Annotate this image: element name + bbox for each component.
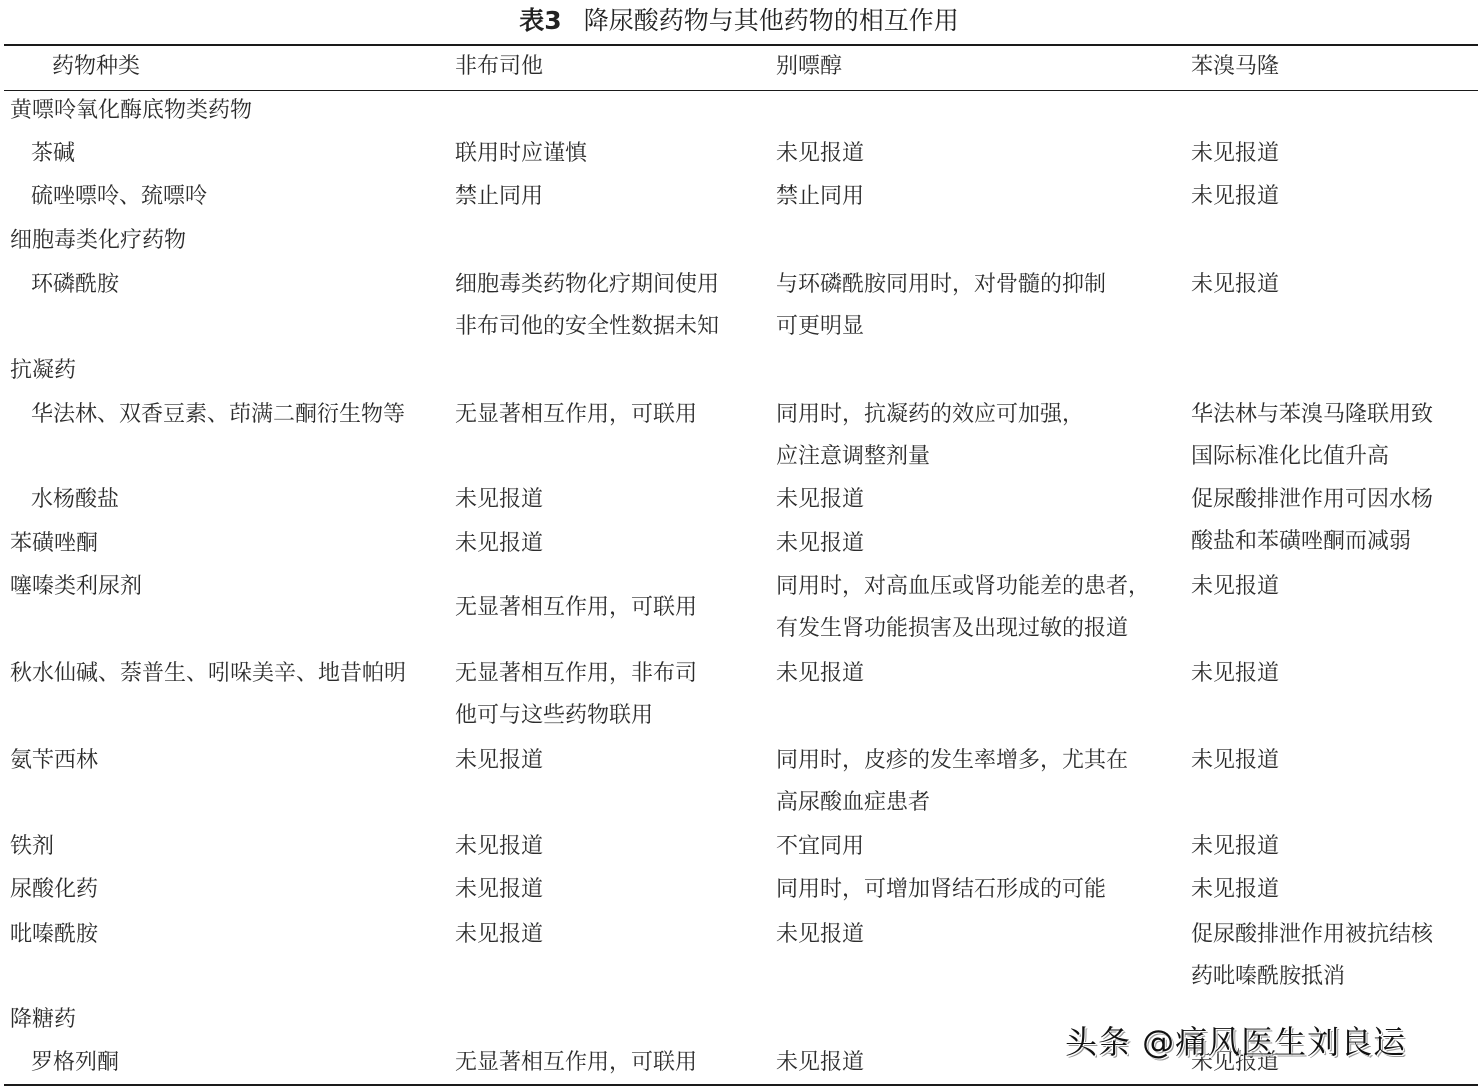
watermark: 头条 @痛风医生刘良运 [1065,1018,1406,1066]
top-rule [4,44,1478,46]
interaction-cell: 未见报道 [455,827,543,867]
interaction-cell: 同用时，皮疹的发生率增多，尤其在 [776,741,1128,781]
interaction-cell: 未见报道 [1191,134,1279,174]
interaction-cell: 与环磷酰胺同用时，对骨髓的抑制 [776,265,1106,305]
interaction-cell: 未见报道 [1191,177,1279,217]
interaction-cell: 未见报道 [776,134,864,174]
interaction-cell: 禁止同用 [776,177,864,217]
drug-class-cell: 华法林、双香豆素、茚满二酮衍生物等 [31,395,405,435]
drug-class-cell: 茶碱 [31,134,75,174]
interaction-cell-continued: 他可与这些药物联用 [455,696,653,736]
drug-class-cell: 硫唑嘌呤、巯嘌呤 [31,177,207,217]
interaction-cell: 未见报道 [455,870,543,910]
drug-class-cell: 噻嗪类利尿剂 [10,567,142,607]
interaction-cell: 无显著相互作用，可联用 [455,395,697,435]
interaction-cell: 促尿酸排泄作用被抗结核 [1191,915,1433,955]
drug-class-cell: 氨苄西林 [10,741,98,781]
interaction-cell: 未见报道 [1191,567,1279,607]
interaction-cell: 未见报道 [776,480,864,520]
interaction-cell: 无显著相互作用，可联用 [455,588,697,628]
interaction-cell: 未见报道 [776,524,864,564]
drug-class-cell: 黄嘌呤氧化酶底物类药物 [10,91,252,131]
table-number: 表3 [519,6,561,35]
interaction-cell: 华法林与苯溴马隆联用致 [1191,395,1433,435]
interaction-cell: 未见报道 [1191,741,1279,781]
interaction-cell: 无显著相互作用，非布司 [455,654,697,694]
drug-class-cell: 环磷酰胺 [31,265,119,305]
interaction-cell: 未见报道 [1191,654,1279,694]
interaction-cell: 未见报道 [1191,265,1279,305]
table-title: 表3降尿酸药物与其他药物的相互作用 [0,4,1478,38]
table-caption: 降尿酸药物与其他药物的相互作用 [584,6,959,35]
drug-class-cell: 苯磺唑酮 [10,524,98,564]
drug-class-cell: 抗凝药 [10,351,76,391]
interaction-cell: 未见报道 [1191,827,1279,867]
drug-class-cell: 罗格列酮 [31,1043,119,1083]
interaction-cell: 无显著相互作用，可联用 [455,1043,697,1083]
interaction-cell: 未见报道 [455,480,543,520]
column-header-benzbromarone: 苯溴马隆 [1191,47,1279,87]
interaction-cell: 促尿酸排泄作用可因水杨 [1191,480,1433,520]
drug-class-cell: 降糖药 [10,1000,76,1040]
column-header-allopurinol: 别嘌醇 [776,47,842,87]
interaction-cell: 未见报道 [455,741,543,781]
interaction-cell-continued: 国际标准化比值升高 [1191,437,1389,477]
interaction-cell: 未见报道 [455,915,543,955]
drug-class-cell: 尿酸化药 [10,870,98,910]
interaction-cell-continued: 应注意调整剂量 [776,437,930,477]
interaction-cell: 未见报道 [455,524,543,564]
drug-class-cell: 吡嗪酰胺 [10,915,98,955]
drug-class-cell: 水杨酸盐 [31,480,119,520]
interaction-cell: 未见报道 [776,915,864,955]
interaction-cell: 同用时，抗凝药的效应可加强， [776,395,1084,435]
interaction-cell-continued: 高尿酸血症患者 [776,783,930,823]
interaction-cell: 禁止同用 [455,177,543,217]
column-header-drug-class: 药物种类 [52,47,140,87]
interaction-cell-continued: 药吡嗪酰胺抵消 [1191,957,1345,997]
drug-class-cell: 铁剂 [10,827,54,867]
drug-class-cell: 秋水仙碱、萘普生、吲哚美辛、地昔帕明 [10,654,406,694]
interaction-cell: 未见报道 [776,654,864,694]
column-header-febuxostat: 非布司他 [455,47,543,87]
bottom-rule [4,1084,1478,1086]
interaction-cell-continued: 有发生肾功能损害及出现过敏的报道 [776,609,1128,649]
interaction-cell-continued: 非布司他的安全性数据未知 [455,307,719,347]
interaction-cell: 不宜同用 [776,827,864,867]
drug-class-cell: 细胞毒类化疗药物 [10,221,186,261]
interaction-cell: 未见报道 [1191,870,1279,910]
interaction-cell: 同用时，对高血压或肾功能差的患者， [776,567,1150,607]
interaction-cell: 细胞毒类药物化疗期间使用 [455,265,719,305]
interaction-cell: 联用时应谨慎 [455,134,587,174]
interaction-cell-continued: 酸盐和苯磺唑酮而减弱 [1191,522,1411,562]
interaction-cell: 同用时，可增加肾结石形成的可能 [776,870,1106,910]
interaction-cell: 未见报道 [776,1043,864,1083]
interaction-cell-continued: 可更明显 [776,307,864,347]
